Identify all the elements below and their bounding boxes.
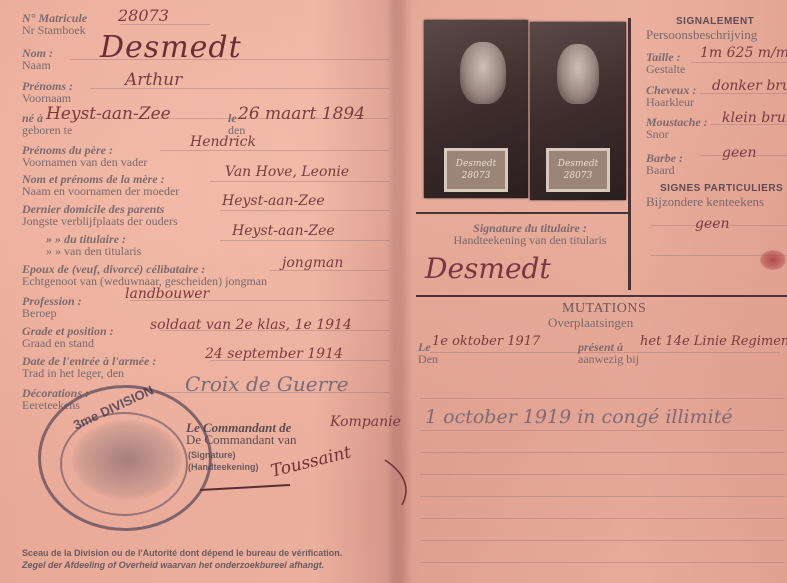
footer-note-nl: Zegel der Afdeeling of Overheid waarvan … (22, 560, 324, 570)
field-profession-label: Profession : Beroep (22, 295, 82, 319)
photo-front: Desmedt 28073 (530, 22, 626, 200)
father-value: Hendrick (190, 134, 256, 150)
field-height-label: Taille : Gestalte (646, 51, 685, 75)
signes-subtitle: Bijzondere kenteekens (646, 194, 764, 210)
signalement-title: SIGNALEMENT (676, 16, 754, 27)
field-hair-label: Cheveux : Haarkleur (646, 84, 696, 108)
birthplace-value: Heyst-aan-Zee (46, 104, 171, 124)
signes-value: geen (695, 216, 730, 232)
mutation-place: het 14e Linie Regiment - 10e Kompanie (640, 334, 787, 349)
field-enlistment-label: Date de l'entrée à l'armée : Trad in het… (22, 355, 156, 379)
signalement-divider (628, 18, 631, 290)
field-parents-domicile-label: Dernier domicile des parents Jongste ver… (22, 203, 178, 227)
field-mother-label: Nom et prénoms de la mère : Naam en voor… (22, 173, 179, 197)
signes-title: SIGNES PARTICULIERS (660, 183, 783, 194)
prenoms-value: Arthur (125, 70, 182, 90)
mother-value: Van Hove, Leonie (225, 164, 349, 180)
field-civil-status-label: Epoux de (veuf, divorcé) célibataire : E… (22, 263, 267, 287)
mutation-present-label: présent à aanwezig bij (578, 341, 639, 365)
field-prenoms-label: Prénoms : Voornaam (22, 80, 73, 104)
field-moustache-label: Moustache : Snor (646, 116, 708, 140)
field-beard-label: Barbe : Baard (646, 152, 683, 176)
matricule-value: 28073 (118, 6, 169, 25)
hair-value: donker bruin (712, 78, 787, 94)
photo-bottom-rule (416, 212, 628, 214)
ink-stain (760, 250, 786, 270)
beard-value: geen (722, 145, 757, 161)
signalement-subtitle: Persoonsbeschrijving (646, 27, 757, 43)
commander-unit-value: Kompanie (330, 414, 401, 430)
holder-signature: Desmedt (425, 252, 551, 285)
moustache-value: klein bruin (722, 110, 787, 126)
birthdate-value: 26 maart 1894 (238, 104, 365, 124)
photo-profile: Desmedt 28073 (424, 20, 528, 198)
civil-status-value: jongman (282, 255, 343, 271)
mutations-subtitle: Overplaatsingen (548, 315, 633, 331)
enlistment-value: 24 september 1914 (205, 346, 343, 362)
profession-value: landbouwer (125, 286, 209, 302)
parents-domicile-value: Heyst-aan-Zee (222, 193, 325, 209)
mutation-note: 1 october 1919 in congé illimité (425, 405, 765, 429)
field-matricule-label: N° Matricule Nr Stamboek (22, 12, 87, 36)
height-value: 1m 625 m/m (700, 45, 787, 61)
footer-note-fr: Sceau de la Division ou de l'Autorité do… (22, 548, 342, 558)
holder-domicile-value: Heyst-aan-Zee (232, 223, 335, 239)
field-father-label: Prénoms du père : Voornamen van den vade… (22, 144, 147, 168)
holder-signature-label: Signature du titulaire : Handteekening v… (440, 222, 620, 246)
nom-value: Desmedt (100, 30, 242, 65)
field-grade-label: Grade et position : Graad en stand (22, 325, 114, 349)
decorations-value: Croix de Guerre (185, 372, 349, 396)
mutations-top-rule (416, 295, 787, 297)
field-nom-label: Nom : Naam (22, 47, 53, 71)
grade-value: soldaat van 2e klas, 1e 1914 (150, 317, 352, 333)
field-holder-domicile-label: » » du titulaire : » » van den titularis (46, 233, 141, 257)
mutation-date: 1e oktober 1917 (432, 334, 540, 349)
signature-strokes (180, 440, 420, 510)
